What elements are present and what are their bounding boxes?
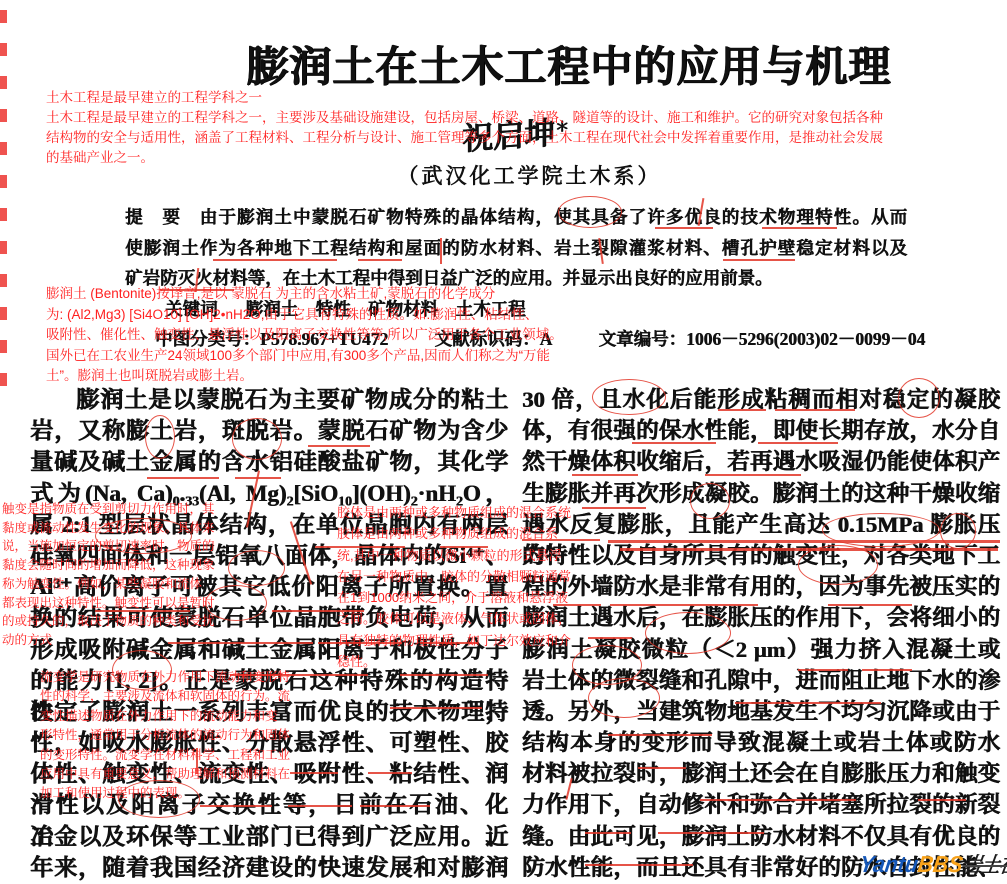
body-line: 遇水反复膨胀，且能产生高达 0.15MPa 膨胀压力 bbox=[522, 509, 1000, 540]
body-line: 材料被拉裂时，膨润土还会在自膨胀压力和触变 bbox=[522, 758, 1000, 789]
annotation-line: 为: (Al2,Mg3) [Si4O10] [OH]2•nH2O,由于它具有特殊… bbox=[46, 305, 563, 326]
annotation-line: 之间。胶体可以是液体、气体状或固体， bbox=[337, 608, 571, 629]
annotation-line: 形特性，通常用于分析流体的流动行为和固体 bbox=[40, 726, 290, 745]
colloid-annotation-block: 胶体是由两种或多种物质组成的混合系统 胶体是由两种或多种物质组成的混合系 统,其… bbox=[337, 502, 571, 672]
annotation-line: 动的方式 bbox=[2, 631, 215, 650]
document-page: 膨润土在土木工程中的应用与机理 土木工程是最早建立的工程学科之一 土木工程是最早… bbox=[0, 0, 1007, 884]
top-annotation-block: 土木工程是最早建立的工程学科之一 土木工程是最早建立的工程学科之一，主要涉及基础… bbox=[46, 88, 883, 168]
body-line: 岩，又称膨土岩，斑脱岩。蒙脱石矿物为含少 bbox=[30, 415, 508, 446]
rheology-annotation-block: 流变学是研究物质在外力作用下流动和变形特 性的科学，主要涉及流体和软固体的行为。… bbox=[40, 668, 290, 804]
annotation-line: 变性描述物质在外力作用下的流动能力和变 bbox=[40, 707, 290, 726]
article-id-label: 文章编号： bbox=[599, 329, 687, 349]
annotation-line: 触变是指物质在受到剪切力作用时，其 bbox=[2, 500, 215, 519]
watermark-cn: 岩土在线 bbox=[961, 854, 1007, 877]
body-line: 冶金以及环保等工业部门已得到广泛应用。近 bbox=[30, 821, 508, 852]
abstract-line: 提 要 由于膨润土中蒙脱石矿物特殊的晶体结构，使其具备了许多优良的技术物理特性。… bbox=[125, 202, 907, 233]
watermark-yantu: Yantu bbox=[858, 851, 920, 877]
thixotropy-annotation-block: 触变是指物质在受到剪切力作用时，其 黏度或流动性发生变化的现象。具体来 说，当施… bbox=[2, 500, 215, 650]
annotation-line: 应用中具有重要意义，帮助理解和预测材料在 bbox=[40, 765, 290, 784]
abstract-block: 提 要 由于膨润土中蒙脱石矿物特殊的晶体结构，使其具备了许多优良的技术物理特性。… bbox=[125, 202, 907, 294]
annotation-line: 加工和使用过程中的表现。 bbox=[40, 784, 290, 803]
annotation-line: 性的科学，主要涉及流体和软固体的行为。流 bbox=[40, 687, 290, 706]
annotation-line: 在另一种物质中。胶体的分散相颗粒通常 bbox=[337, 566, 571, 587]
annotation-line: 的或持久的，取决于物质的种类和受扰 bbox=[2, 612, 215, 631]
annotation-line: 黏度会随时间的增加而降低，这种现象 bbox=[2, 556, 215, 575]
body-line: 岩土体的微裂缝和孔隙中，进而阻止地下水的渗 bbox=[522, 665, 1000, 696]
annotation-line: 在1到1000纳米之间，介于溶液和悬浮液 bbox=[337, 587, 571, 608]
annotation-line: 黏度或流动性发生变化的现象。具体来 bbox=[2, 519, 215, 538]
annotation-line: 说，当施加恒定的剪切速率时，物质的 bbox=[2, 537, 215, 556]
annotation-line: 流变学是研究物质在外力作用下流动和变形特 bbox=[40, 668, 290, 687]
body-column-right: 30 倍，且水化后能形成粘稠而相对稳定的凝胶 体，有很强的保水性能，即使长期存放… bbox=[522, 384, 1000, 883]
body-line: 结构本身的变形而导致混凝土或岩土体或防水 bbox=[522, 727, 1000, 758]
body-line: 缝。由此可见，膨润土防水材料不仅具有优良的 bbox=[522, 821, 1000, 852]
annotation-line: 吸附性、催化性、触变性、悬浮性以及阳离子交换性等等,所以广泛用于各个工业领域。 bbox=[46, 325, 563, 346]
body-line: 体，有很强的保水性能，即使长期存放，水分自 bbox=[522, 415, 1000, 446]
body-line: 膨润土是以蒙脱石为主要矿物成分的粘土 bbox=[30, 384, 508, 415]
annotation-line: 称为触变性。例如，某些凝胶和流体 bbox=[2, 575, 215, 594]
article-id-value: 1006－5296(2003)02－0099－04 bbox=[686, 329, 925, 349]
annotation-line: 土木工程是最早建立的工程学科之一，主要涉及基础设施建设，包括房屋、桥梁、道路、隧… bbox=[46, 108, 883, 128]
body-line: 30 倍，且水化后能形成粘稠而相对稳定的凝胶 bbox=[522, 384, 1000, 415]
body-line: 的特性以及自身所具有的触变性，对各类地下工 bbox=[522, 540, 1000, 571]
body-line: 膨润土遇水后，在膨胀压的作用下，会将细小的 bbox=[522, 602, 1000, 633]
body-line: 量碱及碱土金属的含水铝硅酸盐矿物，其化学 bbox=[30, 446, 508, 477]
watermark-bbs: BBS bbox=[916, 851, 964, 877]
annotation-line: 膨润土 (Bentonite)按译音,是以 蒙脱石 为主的含水粘土矿,蒙脱石的化… bbox=[46, 284, 563, 305]
annotation-line: 国外已在工农业生产24领域100多个部门中应用,有300多个产品,因而人们称之为… bbox=[46, 346, 563, 367]
annotation-line: 统,其中一种物质以微小颗粒的形式悬浮 bbox=[337, 545, 571, 566]
annotation-line: 胶体是由两种或多种物质组成的混合系统 bbox=[337, 502, 571, 523]
annotation-line: 都表现出这种特性。触变性可以是暂时 bbox=[2, 594, 215, 613]
body-line: 生膨胀并再次形成凝胶。膨润土的这种干燥收缩 bbox=[522, 478, 1000, 509]
bentonite-annotation-block: 膨润土 (Bentonite)按译音,是以 蒙脱石 为主的含水粘土矿,蒙脱石的化… bbox=[46, 284, 563, 387]
body-line: 然干燥体积收缩后，若再遇水吸湿仍能使体积产 bbox=[522, 446, 1000, 477]
body-line: 透。另外，当建筑物地基发生不均匀沉降或由于 bbox=[522, 696, 1000, 727]
body-line: 力作用下，自动修补和弥合并堵塞所拉裂的新裂 bbox=[522, 789, 1000, 820]
annotation-line: 的基础产业之一。 bbox=[46, 148, 883, 168]
annotation-line: 的变形特性。流变学在材料科学、工程和工业 bbox=[40, 746, 290, 765]
annotation-line: 结构物的安全与适用性，涵盖了工程材料、工程分析与设计、施工管理等多个方面，土木工… bbox=[46, 128, 883, 148]
body-line: 年来，随着我国经济建设的快速发展和对膨润 bbox=[30, 852, 508, 883]
page-title: 膨润土在土木工程中的应用与机理 bbox=[130, 34, 1007, 94]
watermark: YantuBBS岩土在线 bbox=[858, 849, 1007, 879]
annotation-line: 土”。膨润土也叫斑脱岩或膨土岩。 bbox=[46, 366, 563, 387]
annotation-line: 胶体是由两种或多种物质组成的混合系 bbox=[337, 523, 571, 544]
abstract-line: 使膨润土作为各种地下工程结构和屋面的防水材料、岩土裂隙灌浆材料、槽孔护壁稳定材料… bbox=[125, 233, 907, 264]
annotation-line: 稳性。 bbox=[337, 651, 571, 672]
body-line: 膨润土凝胶微粒（＜2 μm）强力挤入混凝土或 bbox=[522, 634, 1000, 665]
annotation-line: 土木工程是最早建立的工程学科之一 bbox=[46, 88, 883, 108]
body-line: 程的外墙防水是非常有用的，因为事先被压实的 bbox=[522, 571, 1000, 602]
annotation-line: 具有独特的物理性质，如丁达尔效应和介 bbox=[337, 630, 571, 651]
